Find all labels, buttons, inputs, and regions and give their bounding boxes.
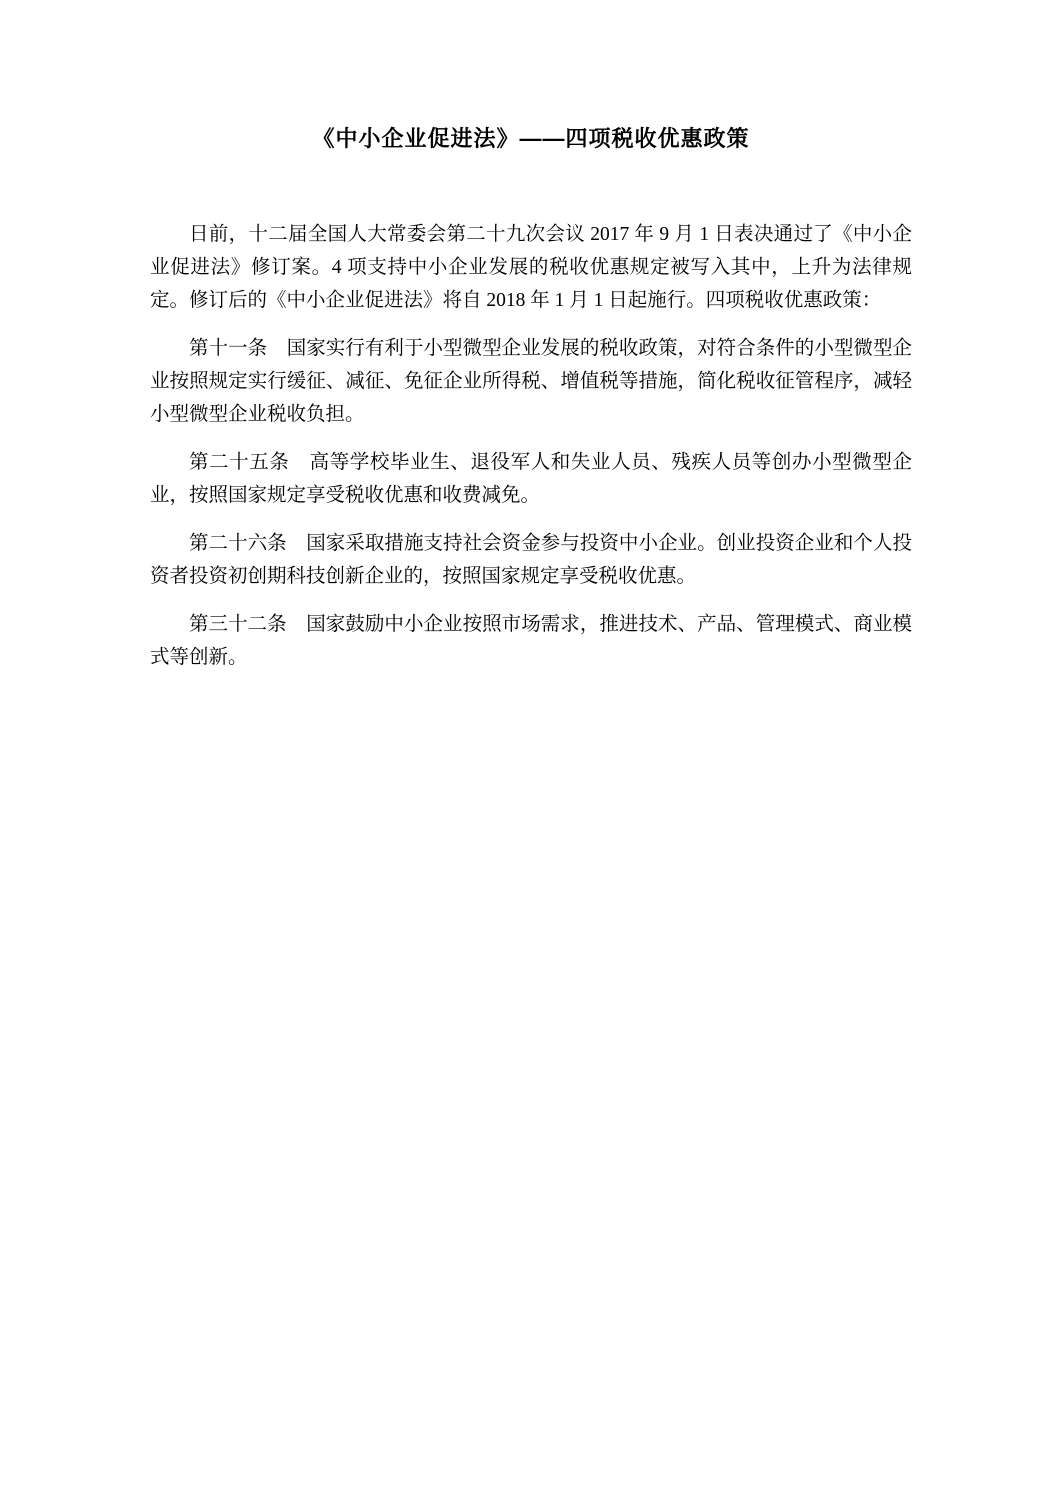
- document-page: 《中小企业促进法》——四项税收优惠政策 日前，十二届全国人大常委会第二十九次会议…: [0, 0, 1059, 1497]
- document-body: 日前，十二届全国人大常委会第二十九次会议 2017 年 9 月 1 日表决通过了…: [150, 218, 912, 674]
- paragraph-article-11: 第十一条 国家实行有利于小型微型企业发展的税收政策，对符合条件的小型微型企业按照…: [150, 332, 912, 431]
- paragraph-article-32: 第三十二条 国家鼓励中小企业按照市场需求，推进技术、产品、管理模式、商业模式等创…: [150, 608, 912, 674]
- document-title: 《中小企业促进法》——四项税收优惠政策: [150, 122, 912, 156]
- paragraph-article-26: 第二十六条 国家采取措施支持社会资金参与投资中小企业。创业投资企业和个人投资者投…: [150, 527, 912, 593]
- paragraph-article-25: 第二十五条 高等学校毕业生、退役军人和失业人员、残疾人员等创办小型微型企业，按照…: [150, 446, 912, 512]
- paragraph-intro: 日前，十二届全国人大常委会第二十九次会议 2017 年 9 月 1 日表决通过了…: [150, 218, 912, 317]
